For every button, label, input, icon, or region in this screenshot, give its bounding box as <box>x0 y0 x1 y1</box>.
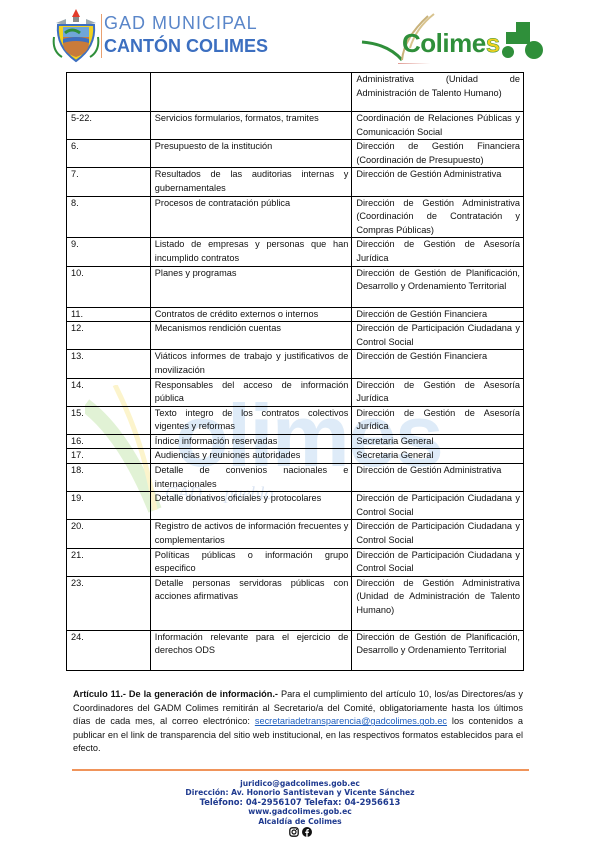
information-item-cell: Información relevante para el ejercicio … <box>150 630 352 670</box>
table-row: 10.Planes y programasDirección de Gestió… <box>67 266 524 307</box>
information-item-cell: Listado de empresas y personas que han i… <box>150 238 352 266</box>
row-number-cell: 14. <box>67 378 151 406</box>
responsible-unit-cell: Dirección de Gestión de Asesoría Jurídic… <box>352 378 524 406</box>
information-item-cell: Texto integro de los contratos colectivo… <box>150 406 352 434</box>
brand-name-line2: CANTÓN COLIMES <box>104 36 268 57</box>
instagram-icon[interactable] <box>289 827 299 837</box>
information-item-cell: Viáticos informes de trabajo y justifica… <box>150 350 352 378</box>
information-item-cell: Resultados de las auditorias internas y … <box>150 168 352 196</box>
responsible-unit-cell: Dirección de Participación Ciudadana y C… <box>352 492 524 520</box>
row-number-cell: 17. <box>67 449 151 464</box>
row-number-cell: 23. <box>67 576 151 630</box>
row-number-cell: 9. <box>67 238 151 266</box>
transparency-responsibility-table: Administrativa (Unidad de Administración… <box>66 72 524 671</box>
responsible-unit-cell: Dirección de Gestión Administrativa (Uni… <box>352 576 524 630</box>
row-number-cell: 19. <box>67 492 151 520</box>
responsible-unit-cell: Dirección de Gestión Administrativa (Coo… <box>352 196 524 238</box>
table-row: 17.Audiencias y reuniones autoridadesSec… <box>67 449 524 464</box>
row-number-cell: 10. <box>67 266 151 307</box>
table-row: 20.Registro de activos de información fr… <box>67 520 524 548</box>
brand-name-line1: GAD MUNICIPAL <box>104 13 258 34</box>
information-item-cell: Detalle personas servidoras públicas con… <box>150 576 352 630</box>
responsible-unit-cell: Dirección de Gestión Administrativa <box>352 168 524 196</box>
table-row: 12.Mecanismos rendición cuentasDirección… <box>67 322 524 350</box>
brand-divider <box>101 14 102 58</box>
row-number-cell: 21. <box>67 548 151 576</box>
footer-website[interactable]: www.gadcolimes.gob.ec <box>150 807 450 816</box>
table-row: 15.Texto integro de los contratos colect… <box>67 406 524 434</box>
responsible-unit-cell: Secretaria General <box>352 434 524 449</box>
social-links <box>150 827 450 837</box>
row-number-cell: 15. <box>67 406 151 434</box>
responsible-unit-cell: Dirección de Participación Ciudadana y C… <box>352 322 524 350</box>
row-number-cell: 18. <box>67 464 151 492</box>
information-item-cell: Detalle donativos oficiales y protocolar… <box>150 492 352 520</box>
table-row: 14.Responsables del acceso de informació… <box>67 378 524 406</box>
table-row: 13.Viáticos informes de trabajo y justif… <box>67 350 524 378</box>
information-item-cell: Audiencias y reuniones autoridades <box>150 449 352 464</box>
responsible-unit-cell: Dirección de Gestión de Asesoría Jurídic… <box>352 406 524 434</box>
table-row: 9.Listado de empresas y personas que han… <box>67 238 524 266</box>
information-item-cell: Responsables del acceso de información p… <box>150 378 352 406</box>
table-row: 16.Índice información reservadasSecretar… <box>67 434 524 449</box>
table-row: 19.Detalle donativos oficiales y protoco… <box>67 492 524 520</box>
article-heading: Artículo 11.- De la generación de inform… <box>73 689 278 699</box>
information-item-cell: Presupuesto de la institución <box>150 140 352 168</box>
row-number-cell: 12. <box>67 322 151 350</box>
information-item-cell <box>150 73 352 112</box>
table-row: 23.Detalle personas servidoras públicas … <box>67 576 524 630</box>
responsible-unit-cell: Dirección de Gestión de Planificación, D… <box>352 266 524 307</box>
row-number-cell: 16. <box>67 434 151 449</box>
colimes-logo: Colimes <box>358 8 548 64</box>
table-row: 11.Contratos de crédito externos o inter… <box>67 307 524 322</box>
responsible-unit-cell: Coordinación de Relaciones Públicas y Co… <box>352 112 524 140</box>
table-row: 8.Procesos de contratación públicaDirecc… <box>67 196 524 238</box>
table-row: 7.Resultados de las auditorias internas … <box>67 168 524 196</box>
responsible-unit-cell: Dirección de Gestión Administrativa <box>352 464 524 492</box>
row-number-cell: 13. <box>67 350 151 378</box>
information-item-cell: Procesos de contratación pública <box>150 196 352 238</box>
information-item-cell: Servicios formularios, formatos, tramite… <box>150 112 352 140</box>
responsible-unit-cell: Secretaria General <box>352 449 524 464</box>
responsible-unit-cell: Dirección de Gestión Financiera <box>352 307 524 322</box>
row-number-cell: 7. <box>67 168 151 196</box>
information-item-cell: Mecanismos rendición cuentas <box>150 322 352 350</box>
information-item-cell: Políticas públicas o información grupo e… <box>150 548 352 576</box>
responsible-unit-cell: Dirección de Gestión de Asesoría Jurídic… <box>352 238 524 266</box>
information-item-cell: Planes y programas <box>150 266 352 307</box>
information-item-cell: Registro de activos de información frecu… <box>150 520 352 548</box>
responsible-unit-cell: Dirección de Gestión de Planificación, D… <box>352 630 524 670</box>
page-footer: juridico@gadcolimes.gob.ec Dirección: Av… <box>150 779 450 837</box>
responsible-unit-cell: Dirección de Gestión Financiera <box>352 350 524 378</box>
transparency-email-link[interactable]: secretariadetransparencia@gadcolimes.gob… <box>255 716 447 726</box>
colimes-wordmark: Colimes <box>402 28 500 59</box>
row-number-cell: 20. <box>67 520 151 548</box>
article-11-paragraph: Artículo 11.- De la generación de inform… <box>73 688 523 756</box>
page-header: GAD MUNICIPAL CANTÓN COLIMES Colimes <box>0 0 595 70</box>
footer-divider <box>72 769 529 771</box>
row-number-cell <box>67 73 151 112</box>
table-row: 5-22.Servicios formularios, formatos, tr… <box>67 112 524 140</box>
information-item-cell: Índice información reservadas <box>150 434 352 449</box>
footer-phones: Teléfono: 04-2956107 Telefax: 04-2956613 <box>150 798 450 807</box>
row-number-cell: 24. <box>67 630 151 670</box>
row-number-cell: 5-22. <box>67 112 151 140</box>
table-row: 21.Políticas públicas o información grup… <box>67 548 524 576</box>
table-row: Administrativa (Unidad de Administración… <box>67 73 524 112</box>
coat-of-arms-icon <box>52 7 100 63</box>
responsible-unit-cell: Dirección de Participación Ciudadana y C… <box>352 520 524 548</box>
responsible-unit-cell: Dirección de Gestión Financiera (Coordin… <box>352 140 524 168</box>
information-item-cell: Detalle de convenios nacionales e intern… <box>150 464 352 492</box>
facebook-icon[interactable] <box>302 827 312 837</box>
footer-email[interactable]: juridico@gadcolimes.gob.ec <box>150 779 450 788</box>
table-row: 6.Presupuesto de la instituciónDirección… <box>67 140 524 168</box>
row-number-cell: 6. <box>67 140 151 168</box>
responsible-unit-cell: Administrativa (Unidad de Administración… <box>352 73 524 112</box>
table-row: 18.Detalle de convenios nacionales e int… <box>67 464 524 492</box>
information-item-cell: Contratos de crédito externos o internos <box>150 307 352 322</box>
responsible-unit-cell: Dirección de Participación Ciudadana y C… <box>352 548 524 576</box>
footer-name: Alcaldía de Colimes <box>150 817 450 826</box>
table-row: 24.Información relevante para el ejercic… <box>67 630 524 670</box>
row-number-cell: 11. <box>67 307 151 322</box>
row-number-cell: 8. <box>67 196 151 238</box>
tractor-icon <box>502 22 543 59</box>
